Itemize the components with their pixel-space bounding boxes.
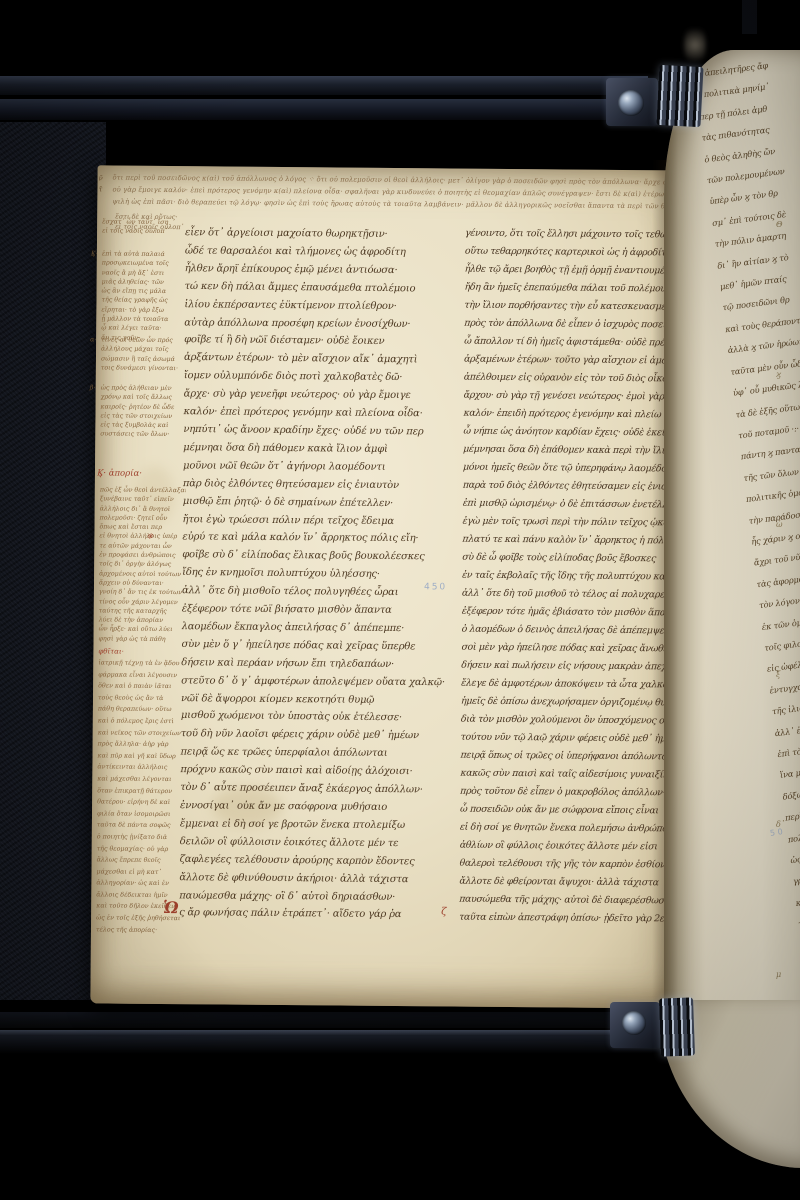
next-leaf-margin-mark: ὡ <box>776 450 798 600</box>
margin-line: ὅθεν καὶ ὁ παιὰν ἰᾶται <box>98 681 184 693</box>
homer-verse-line: στεῦτο δ᾽ ὅ γ᾽ ἀμφοτέρων ἀπολεψέμεν οὔατ… <box>181 672 455 692</box>
margin-siglum-b: Ϗ· <box>91 249 98 258</box>
top-clamp <box>606 64 704 128</box>
margin-line: εἰ τοῖς ναοῖς οὐλοπ᾽ <box>102 227 184 237</box>
margin-siglum-c: α· <box>90 335 96 344</box>
margin-line: εἰ θνητοὶ ἀλλήλοις ὑπέρ <box>99 532 185 542</box>
homer-verse-line: ἐννοσίγαι᾽ οὐκ ἄν με σαόφρονα μυθήσαιο <box>180 797 454 817</box>
manuscript-page: ν̄ τ̄ ὅτι περὶ τοῦ ποσειδῶνος κ(αὶ) τοῦ … <box>90 165 695 1008</box>
homer-verse-line: νηπύτι᾽ ὡς ἄνοον κραδίην ἔχες· οὐδέ νυ τ… <box>183 421 457 442</box>
homer-verse-line: τὸν δ᾽ αὖτε προσέειπεν ἄναξ ἑκάεργος ἀπό… <box>180 779 454 800</box>
header-scholia: ὅτι περὶ τοῦ ποσειδῶνος κ(αὶ) τοῦ ἀπόλλω… <box>112 172 686 213</box>
homer-verse-line: ὧδέ τε θαρσαλέοι καὶ τλήμονες ὡς ἀφροδίτ… <box>185 242 459 262</box>
margin-line: τῆς θεομαχίας· οὐ γὰρ <box>97 843 183 855</box>
homer-verse-line: ἄλλοτε δὲ φθινύθουσιν ἀκήριοι· ἀλλὰ τάχι… <box>179 869 453 889</box>
aporia-heading: Ϗ· ἀπορία· <box>97 468 142 478</box>
bottom-rail-upper <box>0 1012 652 1028</box>
margin-line: ἀντίκεινται ἀλλήλοις <box>97 762 183 774</box>
homer-verse-line: εἶεν ὅτ᾽ ἀργείοισι μαχοίατο θωρηκτῇσιν· <box>185 224 459 244</box>
margin-line: καὶ ὁ πόλεμος ἔρις ἐστὶ <box>98 715 184 727</box>
rubricated-initial-omega: Ὡ <box>163 898 179 917</box>
margin-line: ἀλληγορίαν· ὡς καὶ ἐν <box>96 878 182 890</box>
pencil-edge-number: 5 0 <box>769 827 783 838</box>
margin-block-e: πῶς ἐξ ὧν θεοὶ ἀντέλλαξανξυνέβαινε ταῦτ᾽… <box>98 485 185 644</box>
parchment-wisp <box>684 22 706 68</box>
bottom-clamp-teeth <box>659 997 695 1056</box>
margin-line: ἰατρικῇ τέχνῃ τὰ ἐν ᾅδου <box>98 657 184 669</box>
homer-text-column: εἶεν ὅτ᾽ ἀργείοισι μαχοίατο θωρηκτῇσιν·ὧ… <box>179 224 459 907</box>
margin-block-b: ἐπὶ τὰ αὐτὰ παλαιάπροσῳκειωμένα τοῖςναοῖ… <box>101 249 184 343</box>
margin-line: θατέρου· εἰρήνη δὲ καὶ <box>97 797 183 809</box>
top-rail-lower <box>0 99 640 120</box>
homer-verse-line: ἄρχε· σὺ γὰρ γενεῆφι νεώτερος· οὐ γὰρ ἔμ… <box>184 386 458 406</box>
margin-line: ὁ ποιητὴς ᾐνίξατο διὰ <box>97 831 183 843</box>
margin-line: φησὶ γὰρ ὡς τὰ πάθη <box>98 634 184 644</box>
margin-line: ξυνέβαινε ταῦτ᾽ εἰπεῖν <box>100 495 186 505</box>
homer-verse-line: μισθῷ ἔπι ῥητῷ· ὁ δὲ σημαίνων ἐπέτελλεν· <box>183 492 457 513</box>
margin-siglum-d: β· <box>90 383 96 392</box>
homer-verse-line: δειλῶν οἳ φύλλοισιν ἐοικότες ἄλλοτε μέν … <box>180 833 454 853</box>
homer-verse-line: ἐξέφερον τότε νῶϊ βιήσατο μισθὸν ἅπαντα <box>182 600 456 620</box>
margin-line: ὧν ἦρξε· καὶ οὕτω λύει <box>99 625 185 635</box>
margin-line: προσῳκειωμένα τοῖς <box>102 259 184 269</box>
margin-line: καὶ μάχεσθαι λέγονται <box>97 773 183 785</box>
homer-verse-line: μισθοῦ χωόμενοι τὸν ὑποστὰς οὐκ ἐτέλεσσε… <box>181 707 455 728</box>
margin-line: τοῖς δι᾽ ὀργὴν ἀλόγως <box>99 560 185 570</box>
aporia-siglum: Ϗ· <box>97 468 106 478</box>
next-leaf-margin-mark: ξ <box>776 600 798 750</box>
margin-line: μάχεσθαι εἰ μὴ κατ᾽ <box>96 866 182 878</box>
homer-verse-line: ἦλθεν ἄρηϊ ἐπίκουρος ἐμῷ μένει ἀντιόωσα· <box>185 260 459 280</box>
homer-verse-line: αὐτὰρ ἀπόλλωνα προσέφη κρείων ἐνοσίχθων· <box>184 314 458 334</box>
margin-line: φιλία ὅταν ἰσομοιρῶσι <box>97 808 183 820</box>
next-leaf-margin-mark: ϗ <box>776 300 798 450</box>
homer-verse-line: μέμνηαι ὅσα δὴ πάθομεν κακὰ ἴλιον ἀμφὶ <box>183 439 457 459</box>
quire-mark-upper: ν̄ <box>99 173 111 184</box>
margin-line: ὅταν ἐπικρατῇ θάτερον <box>97 785 183 797</box>
homer-verse-line: μοῦνοι νῶϊ θεῶν ὅτ᾽ ἀγήνορι λαομέδοντι <box>183 457 457 477</box>
margin-line: ἄλλως ἔπρεπε θεοῖς <box>97 855 183 867</box>
bottom-rail-lower <box>0 1036 660 1054</box>
margin-line: τοις δυνάμεσι γίνονται· <box>101 363 183 373</box>
margin-line: πρὸς ἄλληλα· ἀὴρ γὰρ <box>98 739 184 751</box>
margin-block-a: ἔσχατ᾽ ὧν ταῦτ᾽ ἴσηεἰ τοῖς ναοῖς οὐλοπ᾽ <box>102 217 184 236</box>
aporia-word: ἀπορία· <box>109 469 142 479</box>
quire-mark: ν̄ τ̄ <box>98 173 110 195</box>
margin-line: καὶ νεῖκος τῶν στοιχείων <box>98 727 184 739</box>
homer-verse-line: ἴομεν οὐλυμπόνδε διὸς ποτὶ χαλκοβατὲς δῶ… <box>184 367 458 387</box>
homer-final-verse: ς ἄρ φωνήσας πάλιν ἐτράπετ᾽· αἴδετο γάρ … <box>179 904 401 924</box>
margin-line: πάθη θεραπεύων· οὕτω <box>98 704 184 716</box>
next-leaf-margin-marks: Θϗὡξδ᾽μ <box>776 150 798 1050</box>
homer-verse-line: τώ κεν δὴ πάλαι ἄμμες ἐπαυσάμεθα πτολέμο… <box>185 278 459 299</box>
margin-line: συστάσεις τῶν ὅλων· <box>100 430 182 440</box>
bottom-clamp-knob-icon <box>622 1011 646 1035</box>
homer-verse-line: εὐρύ τε καὶ μάλα καλόν ἵν᾽ ἄρρηκτος πόλι… <box>182 529 456 549</box>
homer-verse-line: πὰρ διὸς ἐλθόντες θητεύσαμεν εἰς ἐνιαυτὸ… <box>183 475 457 495</box>
margin-line: τέλος τῆς ἀπορίας· <box>96 924 182 936</box>
margin-line: τοὺς θεοὺς ὡς ἂν τὰ <box>98 692 184 704</box>
margin-line: ταῦτα δὲ πάντα σοφῶς <box>97 820 183 832</box>
quire-mark-lower: τ̄ <box>98 184 110 195</box>
margin-block-f: ἰατρικῇ τέχνῃ τὰ ἐν ᾅδουφάρμακα εἶναι λέ… <box>96 657 184 936</box>
cradle-strap <box>742 0 757 34</box>
next-leaf-margin-mark: Θ <box>776 150 798 300</box>
margin-block-c: τίνες αἱ θεῶν ὦν πρόςἀλλήλους μάχαι τοῖς… <box>101 335 183 373</box>
bottom-clamp <box>610 998 702 1060</box>
top-clamp-knob-icon <box>618 90 644 116</box>
rubric-zeta-mark: ζ <box>441 906 447 917</box>
homer-verse-line: σὺν μὲν ὅ γ᾽ ἠπείλησε πόδας καὶ χεῖρας ὕ… <box>181 636 455 657</box>
manuscript-photo-stage: ν̄ τ̄ ὅτι περὶ τοῦ ποσειδῶνος κ(αὶ) τοῦ … <box>0 0 800 1200</box>
pencil-line-number-450: 450 <box>424 582 447 592</box>
margin-block-d: ὡς πρὸς ἀλήθειαν μὲνχρόνῳ καὶ τοῖς ἄλλως… <box>100 383 182 439</box>
homer-verse-line: ἴδης ἐν κνημοῖσι πολυπτύχου ὑληέσσης· <box>182 564 456 585</box>
homer-verse-line: ἀλλ᾽ ὅτε δὴ μισθοῖο τέλος πολυγηθέες ὧρα… <box>182 582 456 602</box>
homer-verse-line: ἀρξάντων ἑτέρων· τὸ μὲν αἴσχιον αἴκ᾽ ἀμα… <box>184 349 458 370</box>
margin-line: χρόνῳ καὶ τοῖς ἄλλως <box>101 393 183 403</box>
homer-verse-line: ζαφλεγέες τελέθουσιν ἀρούρης καρπὸν ἔδον… <box>180 851 454 872</box>
next-leaf-margin-mark: μ <box>776 900 798 1050</box>
homer-verse-line: ἰλίου ἐκπέρσαντες ἐϋκτίμενον πτολίεθρον· <box>184 296 458 316</box>
margin-line: καὶ πῦρ καὶ γῆ καὶ ὕδωρ <box>97 750 183 762</box>
margin-line: φάρμακα εἶναι λέγουσιν <box>98 669 184 681</box>
margin-line: γνοίη δ᾽ ἄν τις ἐκ τούτων <box>99 588 185 598</box>
top-rail-upper <box>0 76 648 95</box>
margin-line: ᾧ καὶ λέγει ταῦτα· <box>101 324 183 334</box>
margin-red-word: φθῖται· <box>98 647 124 655</box>
margin-line: ἀλλήλους μάχαι τοῖς <box>101 345 183 355</box>
homer-verse-line: πειρᾷ ὥς κε τρῶες ὑπερφίαλοι ἀπόλωνται <box>180 744 454 764</box>
margin-ornament: ⁜ <box>146 532 153 541</box>
homer-verse-line: ἔμμεναι εἰ δὴ σοί γε βροτῶν ἕνεκα πτολεμ… <box>180 815 454 835</box>
homer-verse-line: δήσειν καὶ περάαν νήσων ἔπι τηλεδαπάων· <box>181 654 455 674</box>
margin-line: καιροῖς· ῥητέον δὲ ὧδε <box>101 402 183 412</box>
margin-line: τῆς θείας γραφῆς ὡς <box>101 296 183 306</box>
next-leaf-margin-mark: δ᾽ <box>776 750 798 900</box>
top-clamp-teeth <box>656 65 703 127</box>
